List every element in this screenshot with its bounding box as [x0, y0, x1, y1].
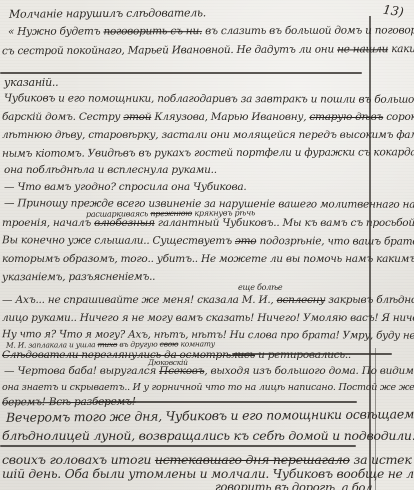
manuscript-line: нымъ кіотомъ. Увидѣвъ въ рукахъ гостей п…: [2, 147, 414, 160]
text-segment: Вы конечно уже слышали.. Существуетъ: [2, 234, 235, 247]
fold-crease: [375, 348, 376, 490]
text-segment: за истек: [350, 452, 412, 467]
manuscript-line: она знаетъ и скрываетъ.. И у горничной ч…: [2, 383, 414, 393]
struck-text: это: [235, 235, 256, 247]
manuscript-line: барскій домъ. Сестру этой Кляузова, Марь…: [2, 112, 414, 124]
ink-rule: [95, 401, 357, 403]
manuscript-line: троенія, началъ влюбезныя галантный Чуби…: [2, 218, 414, 230]
text-segment: указаніемъ, разъясненіемъ..: [2, 271, 155, 284]
manuscript-line: блѣднолицей луной, возвращались къ себѣ …: [2, 429, 414, 443]
ink-rule: [0, 72, 362, 74]
text-segment: нымъ кіотомъ. Увидѣвъ въ рукахъ гостей п…: [2, 146, 414, 159]
struck-text: свою: [160, 340, 179, 349]
manuscript-line: — Что вамъ угодно? спросила она Чубикова…: [4, 182, 246, 194]
page-number: 13): [382, 2, 405, 20]
ink-rule: [232, 353, 392, 355]
manuscript-line: еще болѣе: [238, 284, 282, 293]
struck-text: Слѣдователи переглянулись да осмотрѣлись: [2, 349, 255, 361]
struck-text: не нашли: [337, 43, 388, 55]
manuscript-line: Вечеромъ того же дня, Чубиковъ и его пом…: [6, 407, 414, 424]
manuscript-line: Вы конечно уже слышали.. Существуетъ это…: [2, 235, 414, 248]
text-segment: — Что вамъ угодно? спросила она Чубикова…: [4, 181, 246, 193]
struck-text: старую дѣвъ: [309, 111, 383, 123]
text-segment: которымъ образомъ, того.. убитъ.. Не мож…: [2, 253, 414, 265]
text-segment: подозрѣніе, что вашъ братецъ, нѣ: [256, 235, 414, 248]
struck-text: тихо: [97, 340, 117, 349]
manuscript-line: лицо руками.. Ничего я не могу вамъ сказ…: [2, 313, 414, 325]
text-segment: и ретировались..: [255, 349, 351, 361]
manuscript-line: съ сестрой покойнаго, Марьей Ивановной. …: [2, 44, 414, 58]
text-segment: Кляузова, Марью Ивановну,: [151, 111, 309, 123]
manuscript-line: Молчаніе нарушилъ слѣдователь.: [9, 7, 206, 20]
text-segment: лицо руками.. Ничего я не могу вамъ сказ…: [2, 312, 414, 324]
text-segment: « Нужно будетъ: [8, 25, 103, 37]
text-segment: съ сестрой покойнаго, Марьей Ивановной. …: [2, 43, 337, 57]
struck-text: Псековъ: [159, 365, 204, 377]
manuscript-line: « Нужно будетъ поговорить съ ни. въ слаз…: [8, 25, 414, 38]
manuscript-line: Чубиковъ и его помощники, поблагодаривъ …: [4, 93, 414, 106]
manuscript-line: указаніемъ, разъясненіемъ..: [2, 272, 155, 284]
ink-rule: [0, 445, 356, 447]
manuscript-line: — Ахъ... не спрашивайте же меня! сказала…: [2, 295, 414, 307]
struck-text: всплесну: [277, 294, 326, 306]
text-segment: , выходя изъ большого дома. По видимому …: [204, 365, 414, 377]
fold-crease: [369, 16, 371, 490]
manuscript-page: 13) Молчаніе нарушилъ слѣдователь.« Нужн…: [0, 0, 414, 490]
text-segment: троенія, началъ: [2, 217, 94, 229]
text-segment: комнату: [178, 339, 215, 348]
text-segment: еще болѣе: [238, 283, 282, 292]
manuscript-line: беремъ! Всѣ разберемъ!: [2, 397, 136, 409]
manuscript-line: говорить въ дорогѣ, а бол: [215, 481, 372, 490]
text-segment: блѣднолицей луной, возвращались къ себѣ …: [2, 428, 414, 443]
text-segment: шій день. Оба были утомлены и молчали. Ч…: [2, 467, 414, 481]
manuscript-line: которымъ образомъ, того.. убитъ.. Не мож…: [2, 254, 414, 266]
manuscript-line: — Чертова баба! выругался Псековъ, выход…: [4, 366, 414, 378]
text-segment: въ другую: [117, 340, 159, 349]
manuscript-line: она поблѣднѣла и всплеснула руками..: [4, 165, 217, 177]
text-segment: она знаетъ и скрываетъ.. И у горничной ч…: [2, 382, 414, 393]
text-segment: лѣтнюю дѣву, старовѣрку, застали они мол…: [2, 129, 414, 141]
text-segment: Вечеромъ того же дня, Чубиковъ и его пом…: [6, 406, 414, 425]
struck-text: этой: [123, 111, 151, 123]
text-segment: сорока: [383, 111, 414, 123]
struck-text: поговорить съ ни.: [103, 25, 202, 37]
text-segment: въ слазить въ большой домъ и поговорить …: [202, 24, 414, 37]
text-segment: своихъ головахъ итоги: [2, 452, 155, 467]
text-segment: Чубиковъ и его помощники, поблагодаривъ …: [4, 92, 414, 105]
struck-text: истекавшаго дня перешагало: [155, 452, 350, 467]
text-segment: — Ахъ... не спрашивайте же меня! сказала…: [2, 294, 277, 306]
manuscript-line: указаній..: [4, 77, 58, 89]
manuscript-line: лѣтнюю дѣву, старовѣрку, застали они мол…: [2, 130, 414, 142]
text-segment: говорить въ дорогѣ, а бол: [215, 480, 372, 490]
text-segment: она поблѣднѣла и всплеснула руками..: [4, 164, 217, 176]
struck-text: влюбезныя: [94, 217, 155, 229]
text-segment: галантный Чубиковъ.. Мы къ вамъ съ прось…: [155, 217, 414, 229]
text-segment: — Чертова баба! выругался: [4, 365, 159, 377]
text-segment: Молчаніе нарушилъ слѣдователь.: [9, 6, 206, 20]
text-segment: указаній..: [4, 76, 58, 89]
manuscript-line: своихъ головахъ итоги истекавшаго дня пе…: [2, 453, 412, 467]
text-segment: барскій домъ. Сестру: [2, 111, 123, 123]
text-segment: какихъ нибудь: [388, 43, 414, 55]
